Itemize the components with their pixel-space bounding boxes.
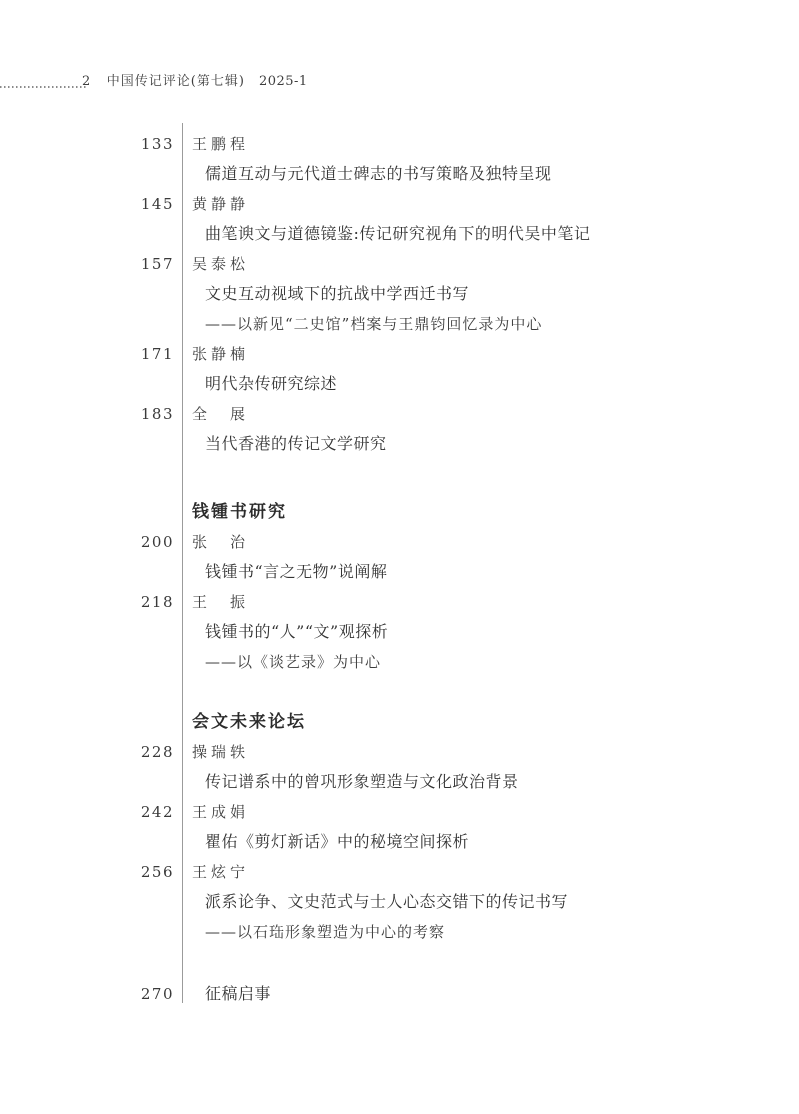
toc-entry-row: 171 张静楠 bbox=[0, 339, 799, 369]
toc-number-spacer bbox=[0, 279, 174, 309]
toc-title-row: 文史互动视域下的抗战中学西迁书写 bbox=[0, 279, 799, 309]
toc-title: 文史互动视域下的抗战中学西迁书写 bbox=[192, 279, 469, 309]
toc-title-row: 钱锺书的“人”“文”观探析 bbox=[0, 617, 799, 647]
table-of-contents: 133 王鹏程 儒道互动与元代道士碑志的书写策略及独特呈现 145 黄静静 曲笔… bbox=[0, 129, 799, 1009]
toc-entry-row: 200 张 治 bbox=[0, 527, 799, 557]
toc-author: 吴泰松 bbox=[192, 249, 249, 279]
toc-number-spacer bbox=[0, 887, 174, 917]
toc-title-row: 明代杂传研究综述 bbox=[0, 369, 799, 399]
toc-author: 张 治 bbox=[192, 527, 249, 557]
toc-title: 儒道互动与元代道士碑志的书写策略及独特呈现 bbox=[192, 159, 552, 189]
header-issue: 2025-1 bbox=[259, 74, 308, 89]
toc-subtitle: ——以新见“二史馆”档案与王鼎钧回忆录为中心 bbox=[192, 309, 542, 339]
toc-number-spacer bbox=[0, 309, 174, 339]
toc-number-spacer bbox=[0, 497, 174, 527]
toc-number-spacer bbox=[0, 429, 174, 459]
toc-subtitle-row: ——以石珤形象塑造为中心的考察 bbox=[0, 917, 799, 947]
toc-page-number: 157 bbox=[0, 249, 174, 279]
toc-number-spacer bbox=[0, 707, 174, 737]
toc-number-spacer bbox=[0, 159, 174, 189]
toc-title-row: 儒道互动与元代道士碑志的书写策略及独特呈现 bbox=[0, 159, 799, 189]
toc-title-row: 当代香港的传记文学研究 bbox=[0, 429, 799, 459]
toc-title-row: 钱锺书“言之无物”说阐解 bbox=[0, 557, 799, 587]
toc-number-spacer bbox=[0, 219, 174, 249]
toc-section-heading: 会文未来论坛 bbox=[192, 707, 306, 737]
toc-page-number: 183 bbox=[0, 399, 174, 429]
toc-title-row: 传记谱系中的曾巩形象塑造与文化政治背景 bbox=[0, 767, 799, 797]
toc-title: 传记谱系中的曾巩形象塑造与文化政治背景 bbox=[192, 767, 519, 797]
toc-title: 瞿佑《剪灯新话》中的秘境空间探析 bbox=[192, 827, 469, 857]
toc-page-number: 228 bbox=[0, 737, 174, 767]
toc-number-spacer bbox=[0, 647, 174, 677]
toc-number-spacer bbox=[0, 369, 174, 399]
toc-author: 操瑞轶 bbox=[192, 737, 249, 767]
toc-title: 钱锺书的“人”“文”观探析 bbox=[192, 617, 388, 647]
toc-page-number: 200 bbox=[0, 527, 174, 557]
toc-subtitle: ——以石珤形象塑造为中心的考察 bbox=[192, 917, 445, 947]
toc-entry-row: 218 王 振 bbox=[0, 587, 799, 617]
toc-author: 全 展 bbox=[192, 399, 249, 429]
toc-number-spacer bbox=[0, 917, 174, 947]
header-dotted-line bbox=[0, 86, 88, 88]
toc-page-number: 145 bbox=[0, 189, 174, 219]
toc-page-number: 256 bbox=[0, 857, 174, 887]
toc-entry-row: 228 操瑞轶 bbox=[0, 737, 799, 767]
toc-section-row: 钱锺书研究 bbox=[0, 497, 799, 527]
toc-entry-row: 145 黄静静 bbox=[0, 189, 799, 219]
toc-section-row: 会文未来论坛 bbox=[0, 707, 799, 737]
toc-section-heading: 钱锺书研究 bbox=[192, 497, 287, 527]
toc-entry-row: 157 吴泰松 bbox=[0, 249, 799, 279]
toc-page: 2 中国传记评论(第七辑) 2025-1 133 王鹏程 儒道互动与元代道士碑志… bbox=[0, 0, 799, 1114]
toc-author: 王 振 bbox=[192, 587, 249, 617]
toc-title: 派系论争、文史范式与士人心态交错下的传记书写 bbox=[192, 887, 568, 917]
toc-title: 明代杂传研究综述 bbox=[192, 369, 337, 399]
toc-entry-row: 270 征稿启事 bbox=[0, 979, 799, 1009]
toc-subtitle-row: ——以《谈艺录》为中心 bbox=[0, 647, 799, 677]
toc-page-number: 218 bbox=[0, 587, 174, 617]
toc-page-number: 242 bbox=[0, 797, 174, 827]
toc-page-number: 133 bbox=[0, 129, 174, 159]
toc-author: 王鹏程 bbox=[192, 129, 249, 159]
toc-entry-row: 256 王炫宁 bbox=[0, 857, 799, 887]
toc-author: 黄静静 bbox=[192, 189, 249, 219]
running-header: 2 中国传记评论(第七辑) 2025-1 bbox=[82, 70, 308, 89]
toc-subtitle-row: ——以新见“二史馆”档案与王鼎钧回忆录为中心 bbox=[0, 309, 799, 339]
toc-number-spacer bbox=[0, 617, 174, 647]
header-journal-title: 中国传记评论(第七辑) bbox=[107, 70, 245, 89]
toc-author: 王炫宁 bbox=[192, 857, 249, 887]
toc-title-row: 瞿佑《剪灯新话》中的秘境空间探析 bbox=[0, 827, 799, 857]
toc-title: 征稿启事 bbox=[192, 979, 271, 1009]
toc-entry-row: 183 全 展 bbox=[0, 399, 799, 429]
toc-page-number: 270 bbox=[0, 979, 174, 1009]
toc-author: 王成娟 bbox=[192, 797, 249, 827]
toc-entry-row: 242 王成娟 bbox=[0, 797, 799, 827]
toc-title: 钱锺书“言之无物”说阐解 bbox=[192, 557, 387, 587]
toc-title: 曲笔谀文与道德镜鉴:传记研究视角下的明代吴中笔记 bbox=[192, 219, 590, 249]
toc-title: 当代香港的传记文学研究 bbox=[192, 429, 387, 459]
toc-title-row: 派系论争、文史范式与士人心态交错下的传记书写 bbox=[0, 887, 799, 917]
toc-title-row: 曲笔谀文与道德镜鉴:传记研究视角下的明代吴中笔记 bbox=[0, 219, 799, 249]
toc-subtitle: ——以《谈艺录》为中心 bbox=[192, 647, 381, 677]
toc-page-number: 171 bbox=[0, 339, 174, 369]
toc-number-spacer bbox=[0, 827, 174, 857]
toc-entry-row: 133 王鹏程 bbox=[0, 129, 799, 159]
toc-number-spacer bbox=[0, 557, 174, 587]
toc-number-spacer bbox=[0, 767, 174, 797]
toc-author: 张静楠 bbox=[192, 339, 249, 369]
